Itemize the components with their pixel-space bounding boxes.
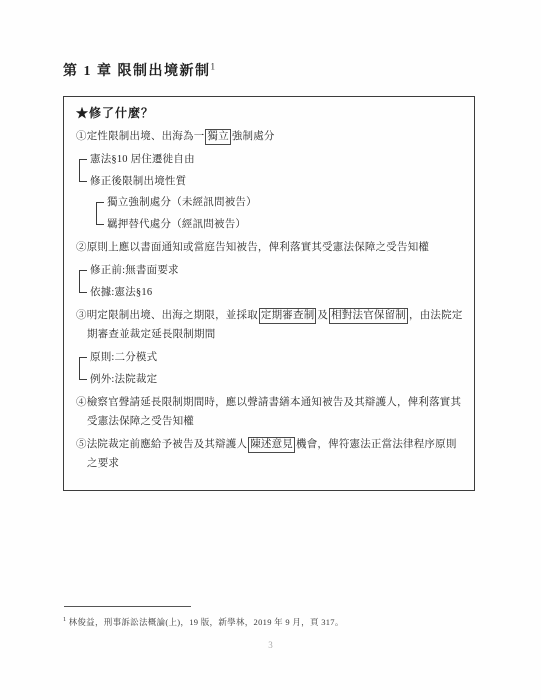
footnote-marker: 1 (63, 616, 67, 623)
tree-row: 修正前:無書面要求 (79, 261, 464, 280)
summary-box: ★修了什麼？ ①定性限制出境、出海為一獨立強制處分 憲法§10 居住遷徙自由 修… (63, 96, 475, 491)
tree-row: 例外:法院裁定 (79, 370, 464, 389)
page-number: 3 (0, 640, 541, 650)
item-3-conjunction: 及 (317, 310, 328, 321)
tree-row: 羈押替代處分（經訊問被告） (96, 215, 464, 234)
tree-row: 原則:二分模式 (79, 348, 464, 367)
tree-branch-period: 原則:二分模式 例外:法院裁定 (79, 348, 464, 389)
footnote-divider (64, 606, 191, 607)
numbered-item-2: ②原則上應以書面通知或當庭告知被告，俾利落實其受憲法保障之受告知權 (76, 238, 464, 257)
footnote-text: 林俊益，刑事訴訟法概論(上)，19 版，新學林，2019 年 9 月，頁 317… (69, 617, 344, 627)
page-title: 第 1 章 限制出境新制1 (63, 60, 217, 80)
tree-branch-constitution: 憲法§10 居住遷徙自由 修正後限制出境性質 (79, 150, 464, 191)
tree-row: 修正後限制出境性質 (79, 172, 464, 191)
footnote: 1林俊益，刑事訴訟法概論(上)，19 版，新學林，2019 年 9 月，頁 31… (63, 613, 493, 629)
boxed-term-judge-reservation: 相對法官保留制 (329, 308, 408, 324)
item-3-text: ③明定限制出境、出海之期限，並採取 (76, 310, 258, 321)
item-5-text: ⑤法院裁定前應給予被告及其辯護人 (76, 439, 247, 450)
boxed-term-independent: 獨立 (205, 129, 230, 145)
page-title-text: 第 1 章 限制出境新制 (63, 64, 211, 79)
title-footnote-ref: 1 (211, 61, 217, 71)
numbered-item-5: ⑤法院裁定前應給予被告及其辯護人陳述意見機會，俾符憲法正當法律程序原則之要求 (76, 435, 464, 473)
boxed-term-periodic-review: 定期審查制 (259, 308, 317, 324)
boxed-term-statement-opinion: 陳述意見 (248, 437, 295, 453)
tree-row: 依據:憲法§16 (79, 283, 464, 302)
star-icon: ★ (76, 106, 89, 120)
box-heading: ★修了什麼？ (76, 104, 464, 122)
document-page: 第 1 章 限制出境新制1 ★修了什麼？ ①定性限制出境、出海為一獨立強制處分 … (0, 0, 541, 700)
tree-row: 憲法§10 居住遷徙自由 (79, 150, 464, 169)
tree-row: 獨立強制處分（未經訊問被告） (96, 193, 464, 212)
numbered-item-3: ③明定限制出境、出海之期限，並採取定期審查制及相對法官保留制，由法院定期審查並裁… (76, 306, 464, 344)
box-heading-text: 修了什麼？ (89, 106, 154, 120)
numbered-item-1: ①定性限制出境、出海為一獨立強制處分 (76, 127, 464, 146)
numbered-item-4: ④檢察官聲請延長限制期間時，應以聲請書繕本通知被告及其辯護人，俾利落實其受憲法保… (76, 393, 464, 431)
item-1-text-end: 強制處分 (232, 131, 275, 142)
item-1-text: ①定性限制出境、出海為一 (76, 131, 204, 142)
tree-branch-notice: 修正前:無書面要求 依據:憲法§16 (79, 261, 464, 302)
tree-branch-nature: 獨立強制處分（未經訊問被告） 羈押替代處分（經訊問被告） (96, 193, 464, 234)
